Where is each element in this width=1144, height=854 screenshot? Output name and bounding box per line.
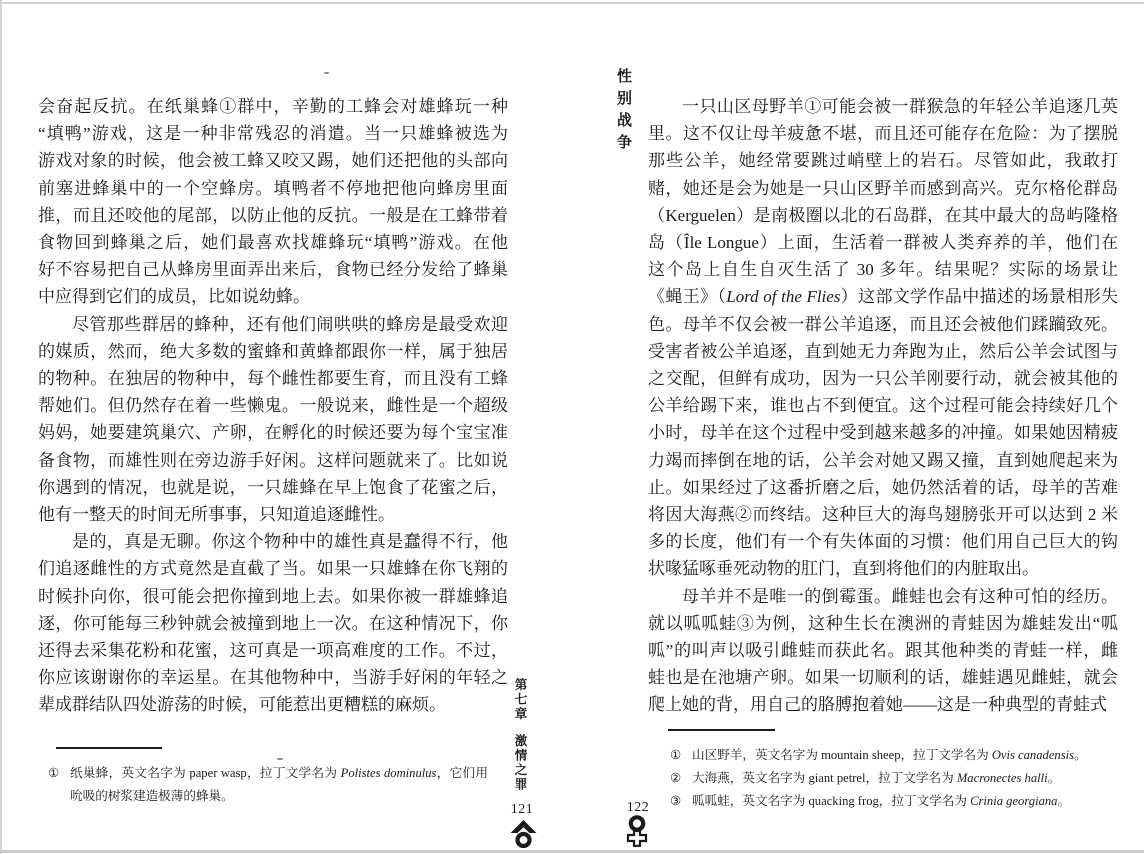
running-head: 性别战争 [613,68,634,156]
text-line: 游戏对象的时候，他会被工蜂又咬又踢，她们还把他的头部向 [38,147,508,174]
text-line: 辈成群结队四处游荡的时候，可能惹出更糟糕的麻烦。 [38,691,508,718]
footnote: ① 纸巢蜂，英文名字为 paper wasp，拉丁文学名为 Polistes d… [48,762,488,808]
text-line: 力竭而摔倒在地的话，公羊会对她又踢又撞，直到她爬起来为 [648,447,1118,474]
text-line: 里。这不仅让母羊疲惫不堪，而且还可能存在危险：为了摆脱 [648,120,1118,147]
chapter-label: 第七章激情之罪 [511,678,529,792]
male-symbol-icon [509,820,538,853]
footnote-divider [56,747,162,749]
text-line: 中应得到它们的成员，比如说幼蜂。 [38,283,508,310]
text-line: 状喙猛啄垂死动物的肛门，直到将他们的内脏取出。 [648,555,1118,582]
scan-edge-bottom [0,850,1144,853]
footnote-text: 大海燕，英文名字为 giant petrel，拉丁文学名为 Macronecte… [692,771,1060,785]
text-line: 好不容易把自己从蜂房里面弄出来后，食物已经分发给了蜂巢 [38,256,508,283]
footnote-marker: ② [670,767,681,790]
text-line: 《蝇王》（Lord of the Flies）这部文学作品中描述的场景相形失 [648,283,1118,310]
text-line: 赌，她还是会为她是一只山区野羊而感到高兴。克尔格伦群岛 [648,175,1118,202]
text-line: 之交配，但鲜有成功，因为一只公羊刚要行动，就会被其他的 [648,365,1118,392]
text-line: 妈妈，她要建筑巢穴、产卵，在孵化的时候还要为每个宝宝准 [38,419,508,446]
text-line: 小时，母羊在这个过程中受到越来越多的冲撞。如果她因精疲 [648,419,1118,446]
text-line: 呱”的叫声以吸引雌蛙而获此名。跟其他种类的青蛙一样，雌 [648,637,1118,664]
footnote-text: 纸巢蜂，英文名字为 paper wasp，拉丁文学名为 Polistes dom… [70,766,488,803]
scan-artifact [324,72,329,74]
text-line: 就以呱呱蛙③为例，这种生长在澳洲的青蛙因为雄蛙发出“呱 [648,610,1118,637]
text-line: 那些公羊，她经常要跳过峭壁上的岩石。尽管如此，我敢打 [648,147,1118,174]
text-line: “填鸭”游戏，这是一种非常残忍的消遣。当一只雄蜂被选为 [38,120,508,147]
text-line: 时候扑向你，很可能会把你撞到地上去。如果你被一群雄蜂追 [38,583,508,610]
chapter-title: 激情之罪 [513,734,527,792]
text-line: 们追逐雌性的方式竟然是直截了当。如果一只雄蜂在你飞翔的 [38,555,508,582]
text-line: 的物种。在独居的物种中，每个雌性都要生育，而且没有工蜂 [38,365,508,392]
footnote-marker: ① [670,744,681,767]
footnote: ① 山区野羊，英文名字为 mountain sheep，拉丁文学名为 Ovis … [670,744,1122,767]
text-line: 你应该谢谢你的幸运星。在其他物种中，当游手好闲的年轻之 [38,664,508,691]
text-line: 帮她们。但仍然存在着一些懒鬼。一般说来，雌性是一个超级 [38,392,508,419]
female-symbol-icon [623,815,651,852]
page-number: 122 [622,800,654,816]
page-number: 121 [506,802,538,818]
footnote: ② 大海燕，英文名字为 giant petrel，拉丁文学名为 Macronec… [670,767,1122,790]
text-line: 母羊并不是唯一的倒霉蛋。雌蛙也会有这种可怕的经历。 [648,583,1118,610]
text-line: 推，而且还咬他的尾部，以防止他的反抗。一般是在工蜂带着 [38,202,508,229]
text-line: 止。如果经过了这番折磨之后，她仍然活着的话，母羊的苦难 [648,474,1118,501]
text-line: 备食物，而雄性则在旁边游手好闲。这样问题就来了。比如说 [38,447,508,474]
text-line: 将因大海燕②而终结。这种巨大的海鸟翅膀张开可以达到 2 米 [648,501,1118,528]
footnote-divider [668,729,775,731]
text-line: 是的，真是无聊。你这个物种中的雄性真是蠢得不行，他 [38,528,508,555]
right-page-footnotes: ① 山区野羊，英文名字为 mountain sheep，拉丁文学名为 Ovis … [670,744,1122,813]
left-page-body-text: 会奋起反抗。在纸巢蜂①群中，辛勤的工蜂会对雄蜂玩一种“填鸭”游戏，这是一种非常残… [38,93,508,719]
footnote-marker: ③ [670,790,681,813]
text-line: 会奋起反抗。在纸巢蜂①群中，辛勤的工蜂会对雄蜂玩一种 [38,93,508,120]
text-line: 这个岛上自生自灭生活了 30 多年。结果呢？实际的场景让 [648,256,1118,283]
text-line: 的媒质，然而，绝大多数的蜜蜂和黄蜂都跟你一样，属于独居 [38,338,508,365]
right-page-body-text: 一只山区母野羊①可能会被一群猴急的年轻公羊追逐几英里。这不仅让母羊疲惫不堪，而且… [648,93,1118,719]
book-spread-scan: 会奋起反抗。在纸巢蜂①群中，辛勤的工蜂会对雄蜂玩一种“填鸭”游戏，这是一种非常残… [0,0,1144,854]
text-line: 逐，你可能每三秒钟就会被撞到地上一次。在这种情况下，你 [38,610,508,637]
text-line: 岛（Île Longue）上面，生活着一群被人类弃养的羊，他们在 [648,229,1118,256]
text-line: 你遇到的情况，也就是说，一只雄蜂在早上饱食了花蜜之后， [38,474,508,501]
text-line: 爬上她的背，用自己的胳膊抱着她——这是一种典型的青蛙式 [648,691,1118,718]
text-line: 一只山区母野羊①可能会被一群猴急的年轻公羊追逐几英 [648,93,1118,120]
text-line: 食物回到蜂巢之后，她们最喜欢找雄蜂玩“填鸭”游戏。在他 [38,229,508,256]
left-page-footnotes: ① 纸巢蜂，英文名字为 paper wasp，拉丁文学名为 Polistes d… [48,762,488,808]
text-line: 多的长度，他们有一个有失体面的习惯：他们用自己巨大的钩 [648,528,1118,555]
text-line: 受害者被公羊追逐，直到她无力奔跑为止，然后公羊会试图与 [648,338,1118,365]
scan-artifact [277,758,283,760]
footnote: ③ 呱呱蛙，英文名字为 quacking frog，拉丁文学名为 Crinia … [670,790,1122,813]
text-line: 尽管那些群居的蜂种，还有他们闹哄哄的蜂房是最受欢迎 [38,311,508,338]
text-line: 色。母羊不仅会被一群公羊追逐，而且还会被他们蹂躏致死。 [648,311,1118,338]
text-line: 前塞进蜂巢中的一个空蜂房。填鸭者不停地把他向蜂房里面 [38,175,508,202]
scan-edge-left [0,0,2,854]
text-line: 他有一整天的时间无所事事，只知道追逐雌性。 [38,501,508,528]
chapter-number: 第七章 [513,678,527,722]
footnote-text: 山区野羊，英文名字为 mountain sheep，拉丁文学名为 Ovis ca… [692,748,1087,762]
footnote-text: 呱呱蛙，英文名字为 quacking frog，拉丁文学名为 Crinia ge… [692,794,1070,808]
scan-edge-top [0,2,1144,4]
text-line: （Kerguelen）是南极圈以北的石岛群，在其中最大的岛屿隆格 [648,202,1118,229]
text-line: 公羊给踢下来，谁也占不到便宜。这个过程可能会持续好几个 [648,392,1118,419]
text-line: 蛙也是在池塘产卵。如果一切顺利的话，雄蛙遇见雌蛙，就会 [648,664,1118,691]
footnote-marker: ① [48,762,59,785]
text-line: 还得去采集花粉和花蜜，这可真是一项高难度的工作。不过， [38,637,508,664]
